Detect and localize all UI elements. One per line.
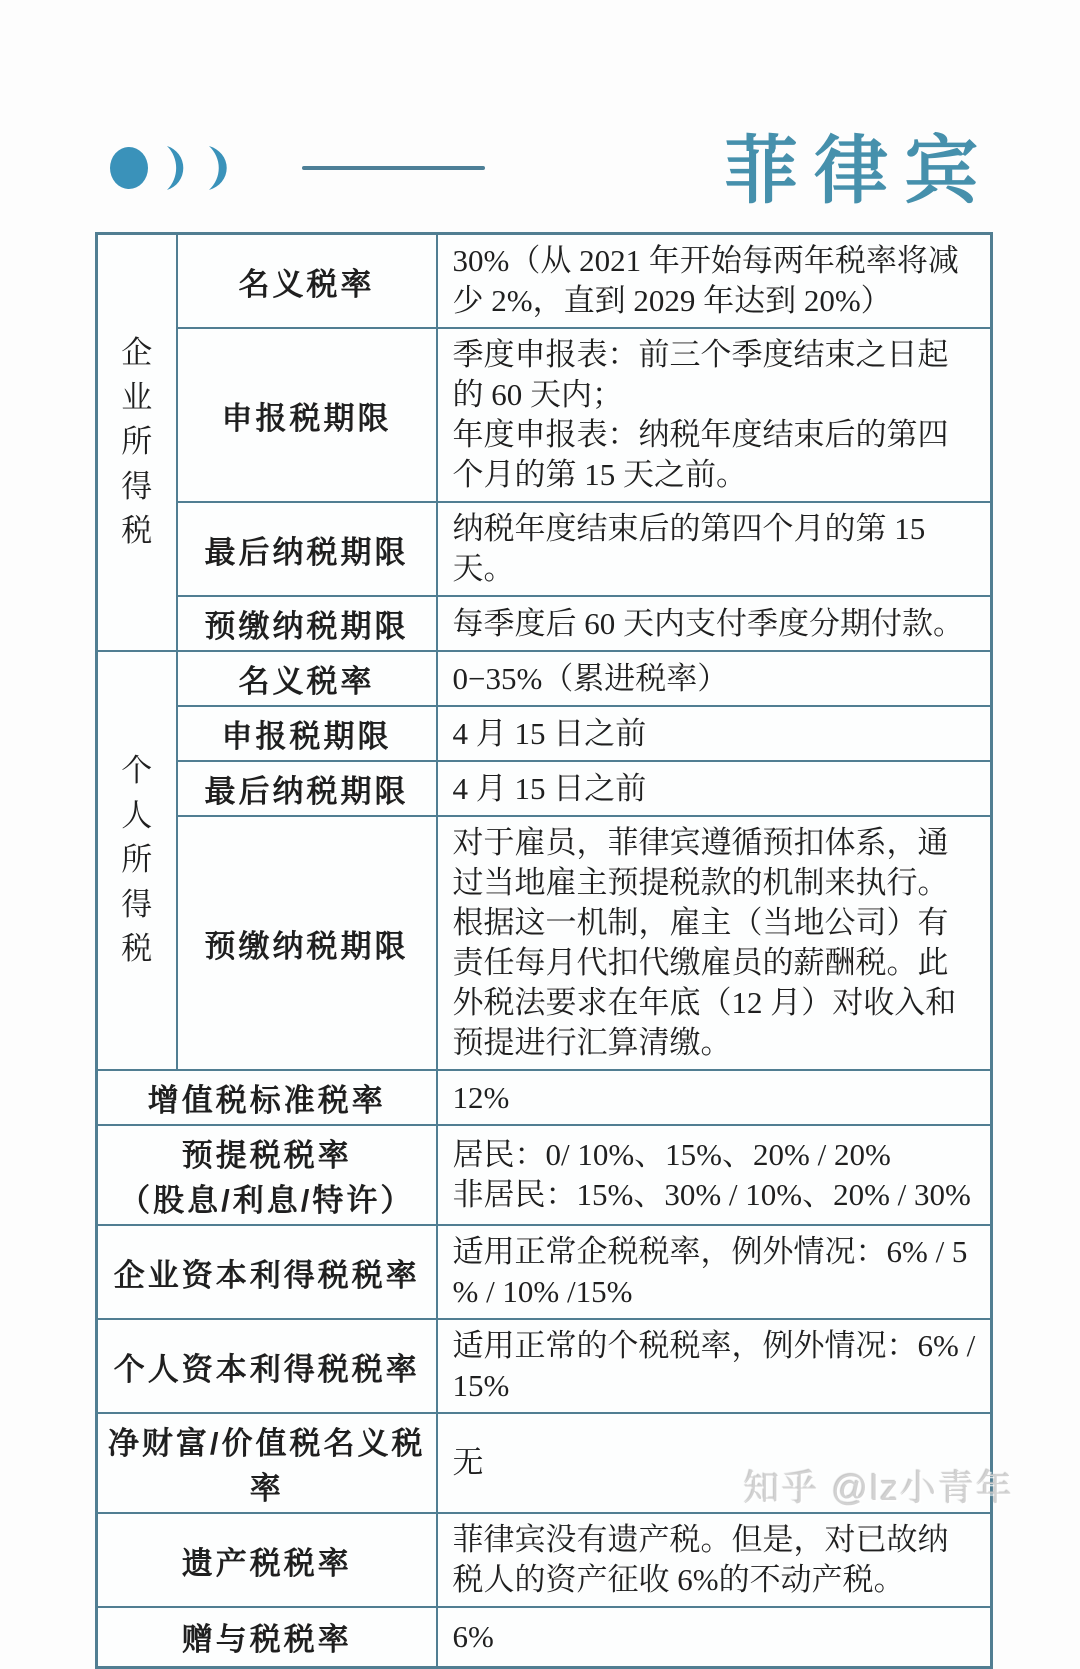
- row-value: 纳税年度结束后的第四个月的第 15 天。: [437, 502, 992, 596]
- row-value: 0−35%（累进税率）: [437, 651, 992, 706]
- row-label: 最后纳税期限: [177, 502, 437, 596]
- group-corporate-income-tax: 企业所得税: [97, 234, 177, 652]
- row-value: 4 月 15 日之前: [437, 706, 992, 761]
- row-label: 预缴纳税期限: [177, 816, 437, 1070]
- table-row: 个人资本利得税税率 适用正常的个税税率，例外情况：6% / 15%: [97, 1319, 992, 1413]
- row-value: 12%: [437, 1070, 992, 1125]
- table-row: 赠与税税率 6%: [97, 1607, 992, 1667]
- watermark: 知乎 @lz小青年: [743, 1460, 1014, 1511]
- row-value: 4 月 15 日之前: [437, 761, 992, 816]
- row-value: 居民：0/ 10%、15%、20% / 20% 非居民：15%、30% / 10…: [437, 1125, 992, 1225]
- table-row: 预缴纳税期限 每季度后 60 天内支付季度分期付款。: [97, 596, 992, 651]
- row-label: 预提税税率 （股息/利息/特许）: [97, 1125, 437, 1225]
- row-value: 菲律宾没有遗产税。但是，对已故纳税人的资产征收 6%的不动产税。: [437, 1513, 992, 1607]
- table-row: 最后纳税期限 纳税年度结束后的第四个月的第 15 天。: [97, 502, 992, 596]
- row-value: 适用正常的个税税率，例外情况：6% / 15%: [437, 1319, 992, 1413]
- row-label: 个人资本利得税税率: [97, 1319, 437, 1413]
- group-personal-income-tax: 个人所得税: [97, 651, 177, 1070]
- table-row: 增值税标准税率 12%: [97, 1070, 992, 1125]
- divider-line: [302, 166, 485, 170]
- table-row: 个人所得税 名义税率 0−35%（累进税率）: [97, 651, 992, 706]
- row-label: 最后纳税期限: [177, 761, 437, 816]
- row-label: 净财富/价值税名义税率: [97, 1413, 437, 1513]
- table-row: 预缴纳税期限 对于雇员，菲律宾遵循预扣体系，通过当地雇主预提税款的机制来执行。根…: [97, 816, 992, 1070]
- table-row: 最后纳税期限 4 月 15 日之前: [97, 761, 992, 816]
- row-label: 增值税标准税率: [97, 1070, 437, 1125]
- page-title: 菲律宾: [724, 112, 994, 218]
- table-row: 预提税税率 （股息/利息/特许） 居民：0/ 10%、15%、20% / 20%…: [97, 1125, 992, 1225]
- row-value: 适用正常企税税率，例外情况：6% / 5 % / 10% /15%: [437, 1225, 992, 1319]
- row-value: 对于雇员，菲律宾遵循预扣体系，通过当地雇主预提税款的机制来执行。根据这一机制，雇…: [437, 816, 992, 1070]
- row-label: 名义税率: [177, 651, 437, 706]
- row-label: 遗产税税率: [97, 1513, 437, 1607]
- row-value: 季度申报表：前三个季度结束之日起的 60 天内； 年度申报表：纳税年度结束后的第…: [437, 328, 992, 502]
- table-row: 企业资本利得税税率 适用正常企税税率，例外情况：6% / 5 % / 10% /…: [97, 1225, 992, 1319]
- table-row: 企业所得税 名义税率 30%（从 2021 年开始每两年税率将减少 2%，直到 …: [97, 234, 992, 329]
- row-label: 预缴纳税期限: [177, 596, 437, 651]
- dot-icon: [110, 147, 148, 189]
- row-label: 名义税率: [177, 234, 437, 329]
- tax-table: 企业所得税 名义税率 30%（从 2021 年开始每两年税率将减少 2%，直到 …: [95, 232, 993, 1669]
- row-label: 申报税期限: [177, 706, 437, 761]
- row-value: 30%（从 2021 年开始每两年税率将减少 2%，直到 2029 年达到 20…: [437, 234, 992, 329]
- crescent-icon: [202, 145, 236, 191]
- table-row: 遗产税税率 菲律宾没有遗产税。但是，对已故纳税人的资产征收 6%的不动产税。: [97, 1513, 992, 1607]
- row-value: 6%: [437, 1607, 992, 1667]
- row-label: 企业资本利得税税率: [97, 1225, 437, 1319]
- table-row: 申报税期限 季度申报表：前三个季度结束之日起的 60 天内； 年度申报表：纳税年…: [97, 328, 992, 502]
- table-row: 申报税期限 4 月 15 日之前: [97, 706, 992, 761]
- row-label: 申报税期限: [177, 328, 437, 502]
- header-decoration: [110, 138, 485, 198]
- row-value: 每季度后 60 天内支付季度分期付款。: [437, 596, 992, 651]
- row-label: 赠与税税率: [97, 1607, 437, 1667]
- crescent-icon: [159, 145, 191, 191]
